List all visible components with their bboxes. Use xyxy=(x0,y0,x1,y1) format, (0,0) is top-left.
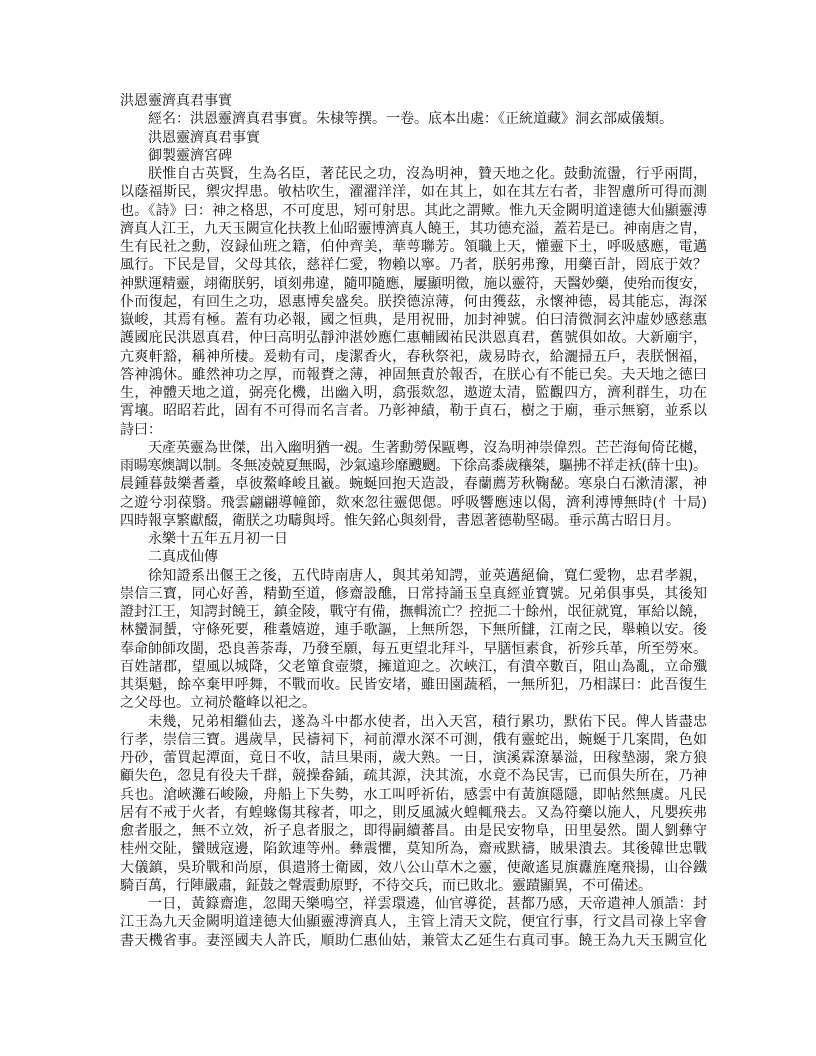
body-paragraph: 徐知證系出偃王之後，五代時南唐人，與其弟知諤，並英邁絕倫，寬仁愛物，忠君孝親，崇… xyxy=(120,567,707,713)
section-heading: 洪恩靈濟真君事實 xyxy=(120,129,707,147)
text-line: 騎百萬，行陣嚴肅，鉦鼓之聲震動原野，不待交兵，而已敗北。靈蹟顯異，不可備述。 xyxy=(120,877,707,895)
text-line: 也。《詩》曰：神之格思，不可度思，矧可射思。其此之謂歟。惟九天金闕明道達德大仙顯… xyxy=(120,202,707,220)
text-line: 百姓諸郡，望風以城降，父老簞食壺漿，擁道迎之。次峽江，有潰卒數百，阻山為亂，立命… xyxy=(120,658,707,676)
text-line: 崇信三寶，同心好善，精勤至道，修齋設醮，日常持誦玉皇真經並寶號。兄弟俱事吳，其後… xyxy=(120,585,707,603)
text-line: 證封江王，知諤封饒王，鎮金陵，戰守有備，撫輯流亡？控扼二十餘州，氓征就寬，軍給以… xyxy=(120,603,707,621)
text-line: 一日，黃籙齋進，忽聞天樂鳴空，祥雲環遶，仙官導從，甚都乃感，天帝遣神人頒誥：封 xyxy=(120,895,707,913)
date-line: 永樂十五年五月初一日 xyxy=(120,530,707,548)
text-line: 亢爽軒豁，稱神所棲。爰勅有司，虔潔香火，春秋祭祀，歲易時衣，給灑掃五戶，表朕悃福… xyxy=(120,348,707,366)
text-line: 大儀鎮，吳玠戰和尚原，俱遣將士衛國，效八公山草木之靈，使敵遙見旗纛旌麾飛揚，山谷… xyxy=(120,859,707,877)
text-line: 林蠻洞蜑，守條死要，稚耋嬉遊，連手歌謳，上無所怨，下無所讎，江南之民，舉賴以安。… xyxy=(120,621,707,639)
text-line: 御製靈濟宮碑 xyxy=(120,147,707,165)
document-body: 洪恩靈濟真君事實經名：洪恩靈濟真君事實。朱棣等撰。一卷。底本出處：《正統道藏》洞… xyxy=(120,92,707,950)
body-paragraph: 一日，黃籙齋進，忽聞天樂鳴空，祥雲環遶，仙官導從，甚都乃感，天帝遣神人頒誥：封江… xyxy=(120,895,707,950)
text-line: 未幾，兄弟相繼仙去，遂為斗中都水使者，出入天宮，積行累功，默佑下民。俾人皆盡忠 xyxy=(120,713,707,731)
text-line: 其渠魁，餘卒棄甲呼舞，不戰而收。民皆安堵，雖田園蔬稻，一無所犯，乃相謀曰：此吾復… xyxy=(120,676,707,694)
section-heading: 御製靈濟宮碑 xyxy=(120,147,707,165)
text-line: 書天機省事。妻涇國夫人許氏，順助仁惠仙姑，兼管太乙延生右真司事。饒王為九天玉闕宣… xyxy=(120,932,707,950)
text-line: 奉命帥師攻閩，恐良善荼毒，乃發至願，每五更望北拜斗，早膳恒素食，祈殄兵革，所至勞… xyxy=(120,640,707,658)
text-line: 居有不戒于火者，有蝗蝝傷其稼者，叩之，則反風滅火蝗輒飛去。又為符藥以施人，凡嬰疾… xyxy=(120,804,707,822)
text-line: 顧失色，忽見有役夫千群，競操畚鍤，疏其源，決其流，水竟不為民害，已而俱失所在，乃… xyxy=(120,767,707,785)
doc-title: 洪恩靈濟真君事實 xyxy=(120,92,707,110)
text-line: 嶽峻，其焉有極。蓋有功必報，國之恒典，是用祝冊，加封神號。伯曰清微洞玄沖虛妙感慈… xyxy=(120,311,707,329)
text-line: 愈者服之，無不立效，祈子息者服之，即得嗣續蕃昌。由是民安物阜，田里晏然。閩人劉彝… xyxy=(120,822,707,840)
text-line: 濟真人江王，九天玉闕宣化扶教上仙昭靈博濟真人饒王，其功德充溢，蓋若是已。神南唐之… xyxy=(120,220,707,238)
text-line: 四時報享繁獻醊，衛朕之功疇與埒。惟矢銘心與刻骨，書恩著德勒堅碣。垂示萬古昭日月。 xyxy=(120,512,707,530)
document-page: 洪恩靈濟真君事實經名：洪恩靈濟真君事實。朱棣等撰。一卷。底本出處：《正統道藏》洞… xyxy=(0,0,816,1056)
text-line: 風行。下民是冒，父母其依，慈祥仁愛，物賴以寧。乃者，朕躬弗豫，用藥百計，罔底于效… xyxy=(120,256,707,274)
text-line: 二真成仙傳 xyxy=(120,548,707,566)
text-line: 護國庇民洪恩真君，仲曰高明弘靜沖湛妙應仁惠輔國祐民洪恩真君，舊號俱如故。大新廟宇… xyxy=(120,329,707,347)
text-line: 洪恩靈濟真君事實 xyxy=(120,129,707,147)
text-line: 以蔭福斯民，禦灾捍患。敂枯吹生，濯濯洋洋，如在其上，如在其左右者，非智慮所可得而… xyxy=(120,183,707,201)
source-note: 經名：洪恩靈濟真君事實。朱棣等撰。一卷。底本出處：《正統道藏》洞玄部威儀類。 xyxy=(120,110,707,128)
text-line: 行孝，崇信三寶。遇歲旱，民禱祠下，祠前潭水深不可測，俄有靈蛇出，蜿蜒于几案間，色… xyxy=(120,731,707,749)
text-line: 經名：洪恩靈濟真君事實。朱棣等撰。一卷。底本出處：《正統道藏》洞玄部威儀類。 xyxy=(120,110,707,128)
section-heading: 二真成仙傳 xyxy=(120,548,707,566)
text-line: 雨暘寒燠調以制。冬無凌兢夏無暍，沙氣遠珍靡颼颲。下徐高黍歲穰桀，驅拂不祥走袄(薛… xyxy=(120,457,707,475)
text-line: 答神鴻休。雖然神功之厚，而報賚之薄，神固無責於報否，在朕心有不能已矣。夫天地之德… xyxy=(120,366,707,384)
text-line: 詩曰： xyxy=(120,421,707,439)
text-line: 永樂十五年五月初一日 xyxy=(120,530,707,548)
text-line: 天產英靈為世傑，出入幽明猶一覕。生著勳勞保甌粵，沒為明神崇偉烈。芒芒海甸倚芘樾， xyxy=(120,439,707,457)
body-paragraph: 未幾，兄弟相繼仙去，遂為斗中都水使者，出入天宮，積行累功，默佑下民。俾人皆盡忠行… xyxy=(120,713,707,896)
text-line: 生有民社之勳，沒録仙班之籍，伯仲齊美，華萼聯芳。領職上天，懽靈下土，呼吸感應，電… xyxy=(120,238,707,256)
body-paragraph: 朕惟自古英賢，生為名臣，著芘民之功，沒為明神，贊天地之化。鼓動流盪，行乎兩間，以… xyxy=(120,165,707,439)
text-line: 仆而復起，有回生之功，恩惠博矣盛矣。朕揆德涼薄，何由獲茲，永懷神德，曷其能忘，海… xyxy=(120,293,707,311)
text-line: 兵也。滄峽灘石峻險，舟船上下失勢，水工叫呼祈佑，感雲中有黃旗隱隱，即帖然無虞。凡… xyxy=(120,786,707,804)
text-line: 朕惟自古英賢，生為名臣，著芘民之功，沒為明神，贊天地之化。鼓動流盪，行乎兩間， xyxy=(120,165,707,183)
poem: 天產英靈為世傑，出入幽明猶一覕。生著勳勞保甌粵，沒為明神崇偉烈。芒芒海甸倚芘樾，… xyxy=(120,439,707,530)
text-line: 徐知證系出偃王之後，五代時南唐人，與其弟知諤，並英邁絕倫，寬仁愛物，忠君孝親， xyxy=(120,567,707,585)
text-line: 晨鍾暮鼓樂耆耋，卓彼鰲峰峻且巀。蜿蜒回抱天造設，春蘭薦芳秋鞠馝。寒泉白石漱清潔，… xyxy=(120,475,707,493)
text-line: 神默運精靈，翊衛朕躬，頃刻弗違，隨叩隨應，屢顯明徵，施以靈符，天醫妙藥，使殆而復… xyxy=(120,275,707,293)
text-line: 丹砂，蕾買起潭面，竟日不收，詰旦果雨，歲大熟。一日，演溪霖潦暴溢，田稼墊溺，衆方… xyxy=(120,749,707,767)
text-line: 生，神體天地之道，弼亮化機，出幽入明，翕張欻忽，遨遊太清，監觀四方，濟利群生，功… xyxy=(120,384,707,402)
text-line: 桂州交阯，蠻賊寇邊，陷欽連等州。彝震懼，莫知所為，齋戒默禱，賊果潰去。其後韓世忠… xyxy=(120,840,707,858)
text-line: 洪恩靈濟真君事實 xyxy=(120,92,707,110)
text-line: 之遊兮羽葆翳。飛雲翩翩導幢節，欻來忽往靈偲偲。呼吸響應速以偈，濟利溥博無時(忄十… xyxy=(120,494,707,512)
text-line: 霄壤。昭昭若此，固有不可得而名言者。乃彰神績，勒于貞石，樹之于廟，垂示無窮，並系… xyxy=(120,402,707,420)
text-line: 江王為九天金闕明道達德大仙顯靈溥濟真人，主管上清天文院，便宜行事，行文昌司祿上宰… xyxy=(120,913,707,931)
text-line: 之父母也。立祠於鼇峰以祀之。 xyxy=(120,694,707,712)
